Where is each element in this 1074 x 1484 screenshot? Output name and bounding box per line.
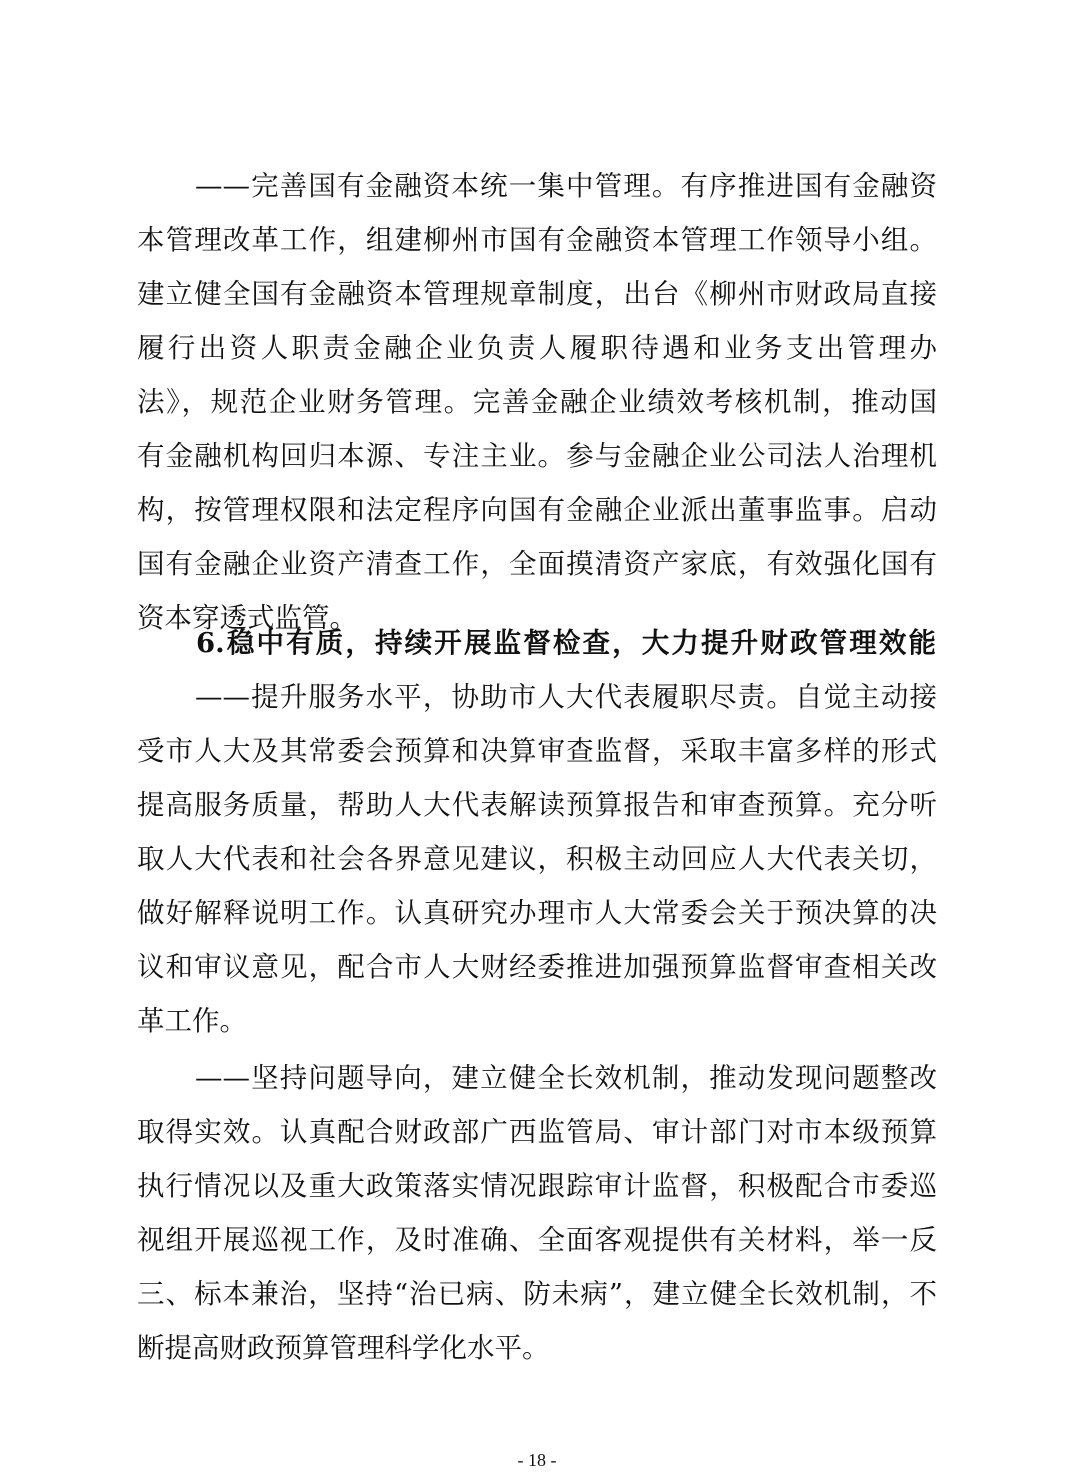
paragraph-3-line-3: 执行情况以及重大政策落实情况跟踪审计监督，积极配合市委巡	[137, 1159, 937, 1213]
paragraph-1-line-1: ——完善国有金融资本统一集中管理。有序推进国有金融资	[137, 159, 937, 213]
paragraph-1-line-2: 本管理改革工作，组建柳州市国有金融资本管理工作领导小组。	[137, 213, 937, 267]
paragraph-2-line-4: 取人大代表和社会各界意见建议，积极主动回应人大代表关切，	[137, 832, 937, 886]
paragraph-3-line-4: 视组开展巡视工作，及时准确、全面客观提供有关材料，举一反	[137, 1213, 937, 1267]
paragraph-3-line-5: 三、标本兼治，坚持“治已病、防未病”，建立健全长效机制，不	[137, 1267, 937, 1321]
paragraph-1-line-3: 建立健全国有金融资本管理规章制度，出台《柳州市财政局直接	[137, 267, 937, 321]
paragraph-2-line-2: 受市人大及其常委会预算和决算审查监督，采取丰富多样的形式	[137, 724, 937, 778]
paragraph-2-line-7: 革工作。	[137, 994, 937, 1048]
paragraph-1-line-6: 有金融机构回归本源、专注主业。参与金融企业公司法人治理机	[137, 429, 937, 483]
paragraph-1-line-4: 履行出资人职责金融企业负责人履职待遇和业务支出管理办	[137, 321, 937, 375]
paragraph-3-line-6: 断提高财政预算管理科学化水平。	[137, 1321, 937, 1375]
paragraph-1-line-5: 法》，规范企业财务管理。完善金融企业绩效考核机制，推动国	[137, 375, 937, 429]
paragraph-2-line-3: 提高服务质量，帮助人大代表解读预算报告和审查预算。充分听	[137, 778, 937, 832]
section-heading: 6.稳中有质，持续开展监督检查，大力提升财政管理效能	[196, 616, 936, 670]
paragraph-1-line-8: 国有金融企业资产清查工作，全面摸清资产家底，有效强化国有	[137, 537, 937, 591]
paragraph-2-line-5: 做好解释说明工作。认真研究办理市人大常委会关于预决算的决	[137, 886, 937, 940]
paragraph-3-line-2: 取得实效。认真配合财政部广西监管局、审计部门对市本级预算	[137, 1105, 937, 1159]
page-number: - 18 -	[0, 1448, 1074, 1472]
paragraph-3-line-1: ——坚持问题导向，建立健全长效机制，推动发现问题整改	[137, 1051, 937, 1105]
paragraph-2-line-1: ——提升服务水平，协助市人大代表履职尽责。自觉主动接	[137, 670, 937, 724]
paragraph-2-line-6: 议和审议意见，配合市人大财经委推进加强预算监督审查相关改	[137, 940, 937, 994]
document-page: ——完善国有金融资本统一集中管理。有序推进国有金融资 本管理改革工作，组建柳州市…	[0, 0, 1074, 1484]
paragraph-1-line-7: 构，按管理权限和法定程序向国有金融企业派出董事监事。启动	[137, 483, 937, 537]
